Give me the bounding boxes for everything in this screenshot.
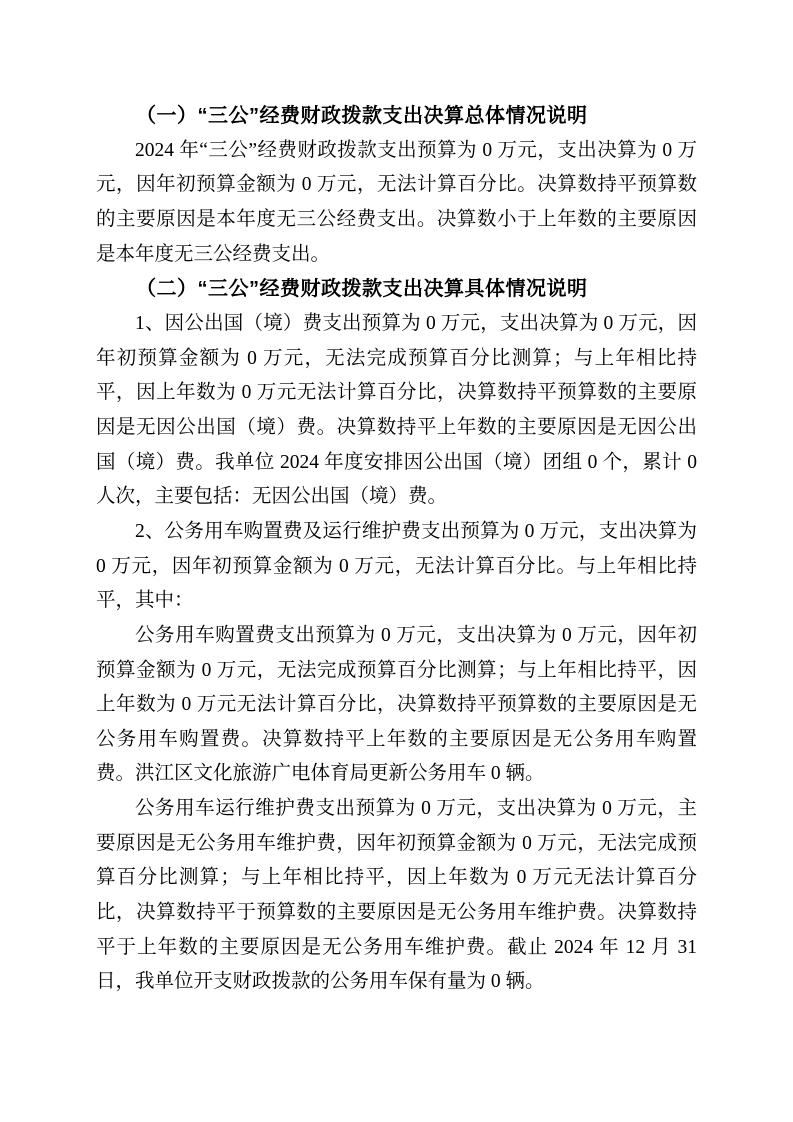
document-page: （一）“三公”经费财政拨款支出决算总体情况说明 2024 年“三公”经费财政拨款…	[0, 0, 793, 1122]
paragraph-official-vehicle-total: 2、公务用车购置费及运行维护费支出预算为 0 万元，支出决算为 0 万元，因年初…	[96, 515, 697, 619]
paragraph-vehicle-maintenance: 公务用车运行维护费支出预算为 0 万元，支出决算为 0 万元，主要原因是无公务用…	[96, 792, 697, 1000]
section-heading-specific-situation: （二）“三公”经费财政拨款支出决算具体情况说明	[96, 272, 697, 307]
paragraph-overall-summary: 2024 年“三公”经费财政拨款支出预算为 0 万元，支出决算为 0 万元，因年…	[96, 134, 697, 273]
paragraph-overseas-trips: 1、因公出国（境）费支出预算为 0 万元，支出决算为 0 万元，因年初预算金额为…	[96, 307, 697, 515]
paragraph-vehicle-purchase: 公务用车购置费支出预算为 0 万元，支出决算为 0 万元，因年初预算金额为 0 …	[96, 619, 697, 792]
section-heading-overall-situation: （一）“三公”经费财政拨款支出决算总体情况说明	[96, 99, 697, 134]
